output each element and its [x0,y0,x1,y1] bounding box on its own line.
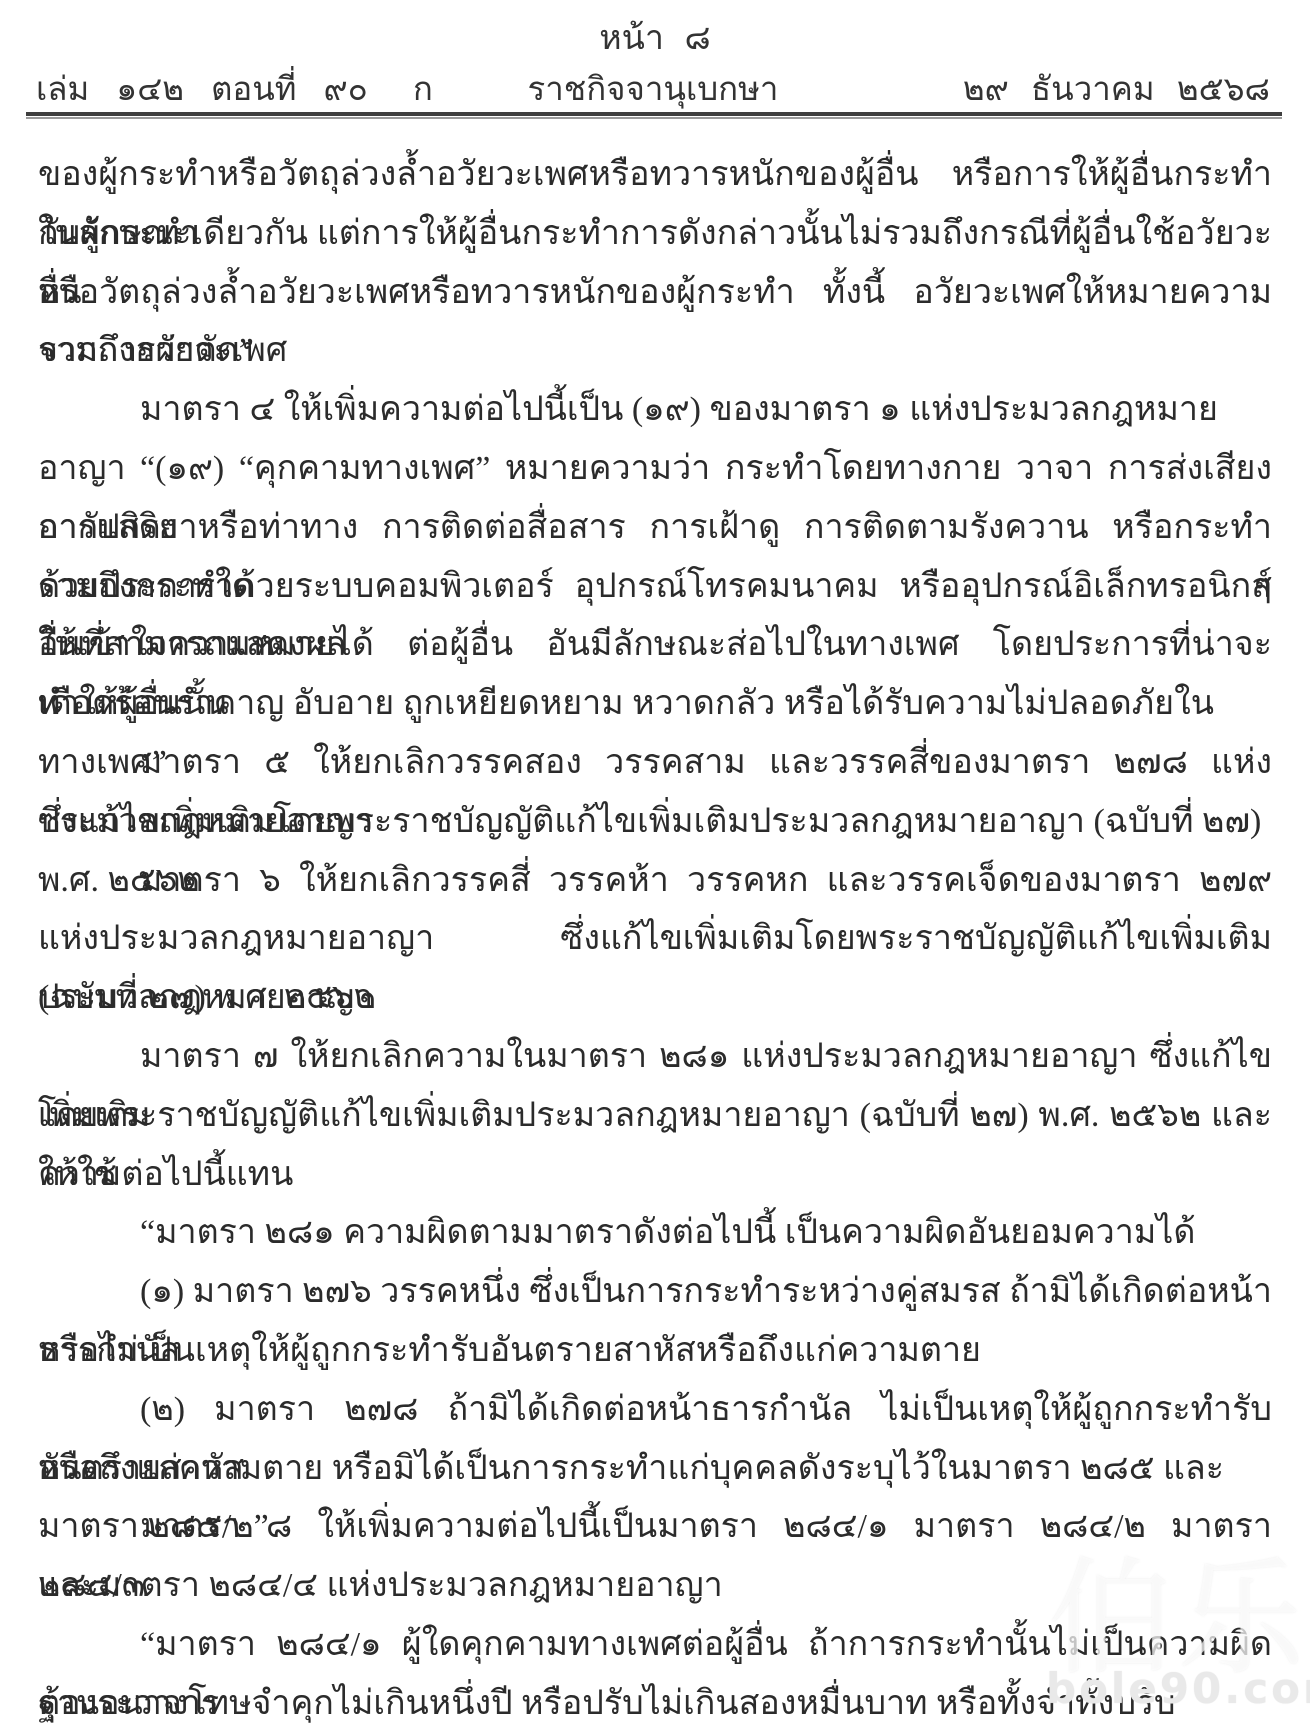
header-double-rule [26,112,1282,119]
rule-thin-line [26,117,1282,119]
text-line: และมาตรา ๒๘๔/๔ แห่งประมวลกฎหมายอาญา [38,1557,1272,1616]
gazette-page: หน้า ๘ เล่ม ๑๔๒ ตอนที่ ๙๐ ก ราชกิจจานุเบ… [0,0,1310,1726]
text-line: ของผู้กระทำหรือวัตถุล่วงล้ำอวัยวะเพศหรือ… [38,146,1272,205]
text-line: “มาตรา ๒๘๔/๑ ผู้ใดคุกคามทางเพศต่อผู้อื่น… [38,1616,1272,1675]
text-line: หรือไม่เป็นเหตุให้ผู้ถูกกระทำรับอันตรายส… [38,1322,1272,1381]
text-line: มาตรา ๗ ให้ยกเลิกความในมาตรา ๒๘๑ แห่งประ… [38,1028,1272,1087]
text-line: มาตรา ๖ ให้ยกเลิกวรรคสี่ วรรคห้า วรรคหก … [38,852,1272,911]
text-line: ต้องระวางโทษจำคุกไม่เกินหนึ่งปี หรือปรับ… [38,1675,1272,1726]
text-line: อากัปกิริยาหรือท่าทาง การติดต่อสื่อสาร ก… [38,499,1272,558]
text-line: ในลักษณะเดียวกัน แต่การให้ผู้อื่นกระทำกา… [38,205,1272,264]
page-number-label: หน้า ๘ [0,10,1310,64]
text-line: จากการผ่าตัด” [38,322,1272,381]
text-line: รวมถึงกระทำด้วยระบบคอมพิวเตอร์ อุปกรณ์โท… [38,558,1272,617]
gazette-header-row: เล่ม ๑๔๒ ตอนที่ ๙๐ ก ราชกิจจานุเบกษา ๒๙ … [36,62,1270,108]
text-line: (ฉบับที่ ๒๗) พ.ศ. ๒๕๖๒ [38,969,1272,1028]
text-line: มาตรา ๘ ให้เพิ่มความต่อไปนี้เป็นมาตรา ๒๘… [38,1498,1272,1557]
gazette-date: ๒๙ ธันวาคม ๒๕๖๘ [963,62,1270,115]
text-line: โดยพระราชบัญญัติแก้ไขเพิ่มเติมประมวลกฎหม… [38,1087,1272,1146]
text-line: หรือวัตถุล่วงล้ำอวัยวะเพศหรือทวารหนักของ… [38,264,1272,323]
text-line: แห่งประมวลกฎหมายอาญา ซึ่งแก้ไขเพิ่มเติมโ… [38,910,1272,969]
text-line: “(๑๙) “คุกคามทางเพศ” หมายความว่า กระทำโด… [38,440,1272,499]
text-line: (๑) มาตรา ๒๗๖ วรรคหนึ่ง ซึ่งเป็นการกระทำ… [38,1263,1272,1322]
text-line: มาตรา ๔ ให้เพิ่มความต่อไปนี้เป็น (๑๙) ขอ… [38,381,1272,440]
rule-thick-line [26,112,1282,116]
text-line: เดือดร้อนรำคาญ อับอาย ถูกเหยียดหยาม หวาด… [38,675,1272,734]
text-line: (๒) มาตรา ๒๗๘ ถ้ามิได้เกิดต่อหน้าธารกำนั… [38,1381,1272,1440]
text-line: มาตรา ๕ ให้ยกเลิกวรรคสอง วรรคสาม และวรรค… [38,734,1272,793]
text-line: หรือถึงแก่ความตาย หรือมิได้เป็นการกระทำแ… [38,1440,1272,1499]
text-line: “มาตรา ๒๘๑ ความผิดตามมาตราดังต่อไปนี้ เป… [38,1204,1272,1263]
document-body: ของผู้กระทำหรือวัตถุล่วงล้ำอวัยวะเพศหรือ… [38,146,1272,1726]
text-line: ความต่อไปนี้แทน [38,1146,1272,1205]
text-line: ให้เข้าใจความหมายได้ ต่อผู้อื่น อันมีลัก… [38,616,1272,675]
text-line: ซึ่งแก้ไขเพิ่มเติมโดยพระราชบัญญัติแก้ไขเ… [38,793,1272,852]
